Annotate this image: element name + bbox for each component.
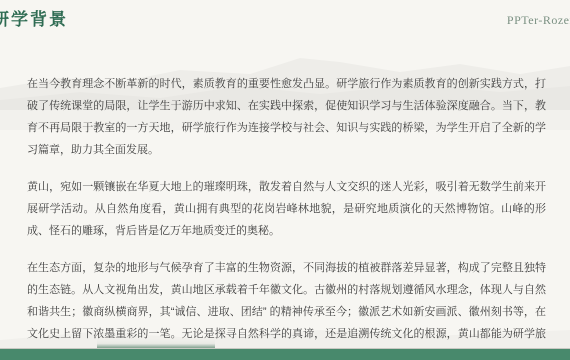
paragraph-education-background: 在当今教育理念不断革新的时代，素质教育的重要性愈发凸显。研学旅行作为素质教育的创… — [27, 73, 546, 161]
presentation-slide: 研学背景 PPTer-Rozen 在当今教育理念不断革新的时代，素质教育的重要性… — [0, 0, 570, 360]
author-watermark: PPTer-Rozen — [507, 13, 570, 28]
footer-bar — [0, 348, 570, 360]
slide-title: 研学背景 — [0, 5, 68, 30]
paragraph-huangshan-geology: 黄山，宛如一颗镶嵌在华夏大地上的璀璨明珠，散发着自然与人文交织的迷人光彩，吸引着… — [27, 176, 546, 242]
slide-body-text: 在当今教育理念不断革新的时代，素质教育的重要性愈发凸显。研学旅行作为素质教育的创… — [27, 73, 546, 360]
